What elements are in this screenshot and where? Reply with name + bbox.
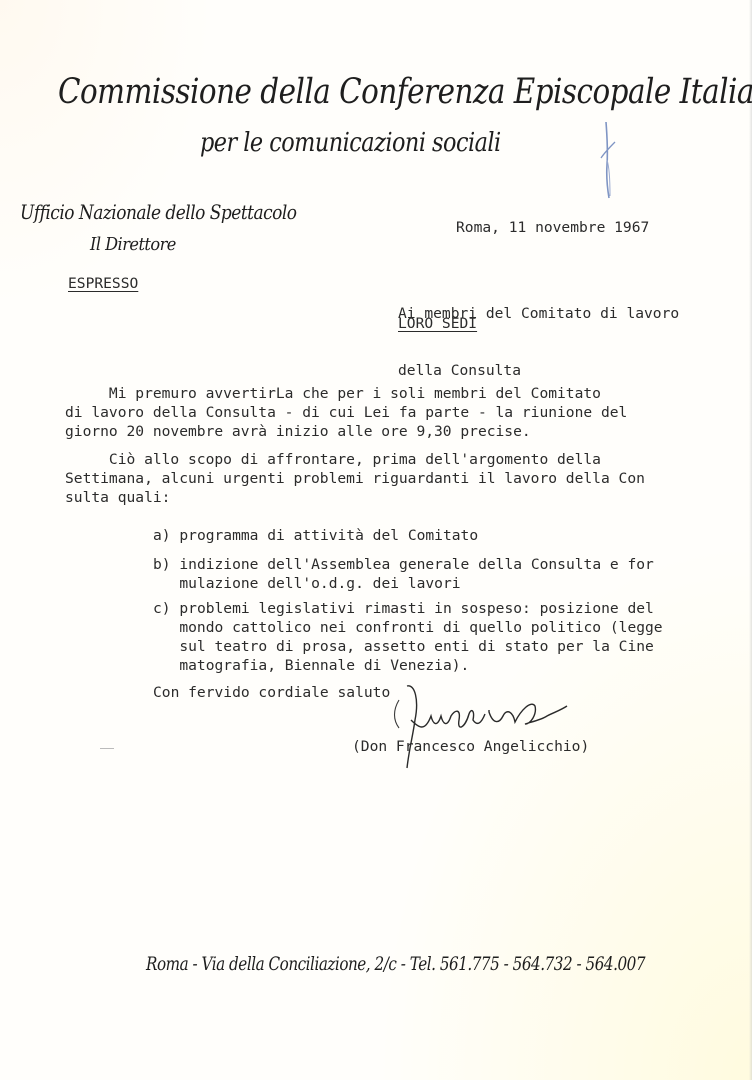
letter-page: Commissione della Conferenza Episcopale …	[0, 0, 752, 1080]
delivery-mark: ESPRESSO	[68, 274, 138, 293]
closing-salutation: Con fervido cordiale saluto	[153, 683, 390, 702]
handwritten-signature-icon	[385, 680, 585, 770]
letterhead-organization: Commissione della Conferenza Episcopale …	[58, 72, 752, 112]
agenda-item-c: c) problemi legislativi rimasti in sospe…	[153, 599, 663, 675]
handwritten-pen-mark-icon	[597, 120, 621, 200]
recipient-line: della Consulta	[398, 361, 679, 380]
agenda-text: indizione dell'Assemblea generale della …	[153, 556, 654, 592]
stray-mark	[100, 748, 114, 749]
agenda-marker: c)	[153, 600, 171, 617]
agenda-item-a: a) programma di attività del Comitato	[153, 526, 478, 545]
agenda-marker: a)	[153, 527, 171, 544]
agenda-text: problemi legislativi rimasti in sospeso:…	[153, 600, 663, 674]
date-line: Roma, 11 novembre 1967	[456, 218, 649, 237]
body-paragraph-2: Ciò allo scopo di affrontare, prima dell…	[65, 450, 715, 507]
letterhead-subtitle: per le comunicazioni sociali	[200, 128, 501, 158]
agenda-item-b: b) indizione dell'Assemblea generale del…	[153, 555, 654, 593]
recipient-location: LORO SEDI	[398, 314, 477, 333]
body-paragraph-1: Mi premuro avvertirLa che per i soli mem…	[65, 384, 715, 441]
letterhead-role: Il Direttore	[90, 234, 176, 255]
signatory-name: (Don Francesco Angelicchio)	[352, 737, 589, 756]
letterhead-office: Ufficio Nazionale dello Spettacolo	[20, 200, 297, 224]
agenda-text: programma di attività del Comitato	[179, 527, 478, 544]
letterhead-footer-address: Roma - Via della Conciliazione, 2/c - Te…	[146, 953, 645, 975]
agenda-marker: b)	[153, 556, 171, 573]
